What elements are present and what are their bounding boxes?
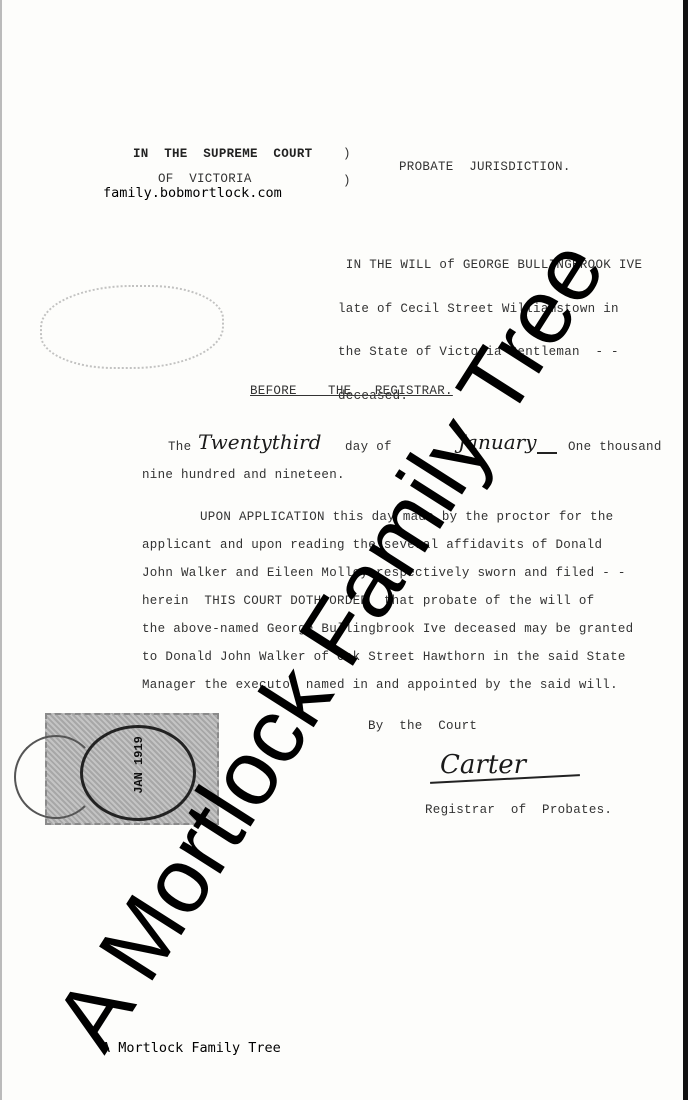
will-caption-line: late of Cecil Street Williamstown in xyxy=(338,302,642,317)
handwritten-day: Twentythird xyxy=(198,430,321,454)
registrar-title: Registrar of Probates. xyxy=(425,803,612,817)
site-url-watermark: family.bobmortlock.com xyxy=(103,185,282,201)
bracket-1: ) xyxy=(343,147,351,161)
by-the-court: By the Court xyxy=(368,719,477,733)
court-line-2: OF VICTORIA xyxy=(158,172,252,186)
date-line-2: nine hundred and nineteen. xyxy=(142,468,345,482)
body-line: the above-named George Bullingbrook Ive … xyxy=(142,622,633,636)
date-day-of: day of xyxy=(345,440,392,454)
probate-jurisdiction: PROBATE JURISDICTION. xyxy=(399,160,571,174)
footer-watermark: A Mortlock Family Tree xyxy=(102,1040,281,1056)
body-line: Manager the executor named in and appoin… xyxy=(142,678,618,692)
body-line: John Walker and Eileen Molloy respective… xyxy=(142,566,626,580)
will-caption-line: IN THE WILL of GEORGE BULLINGBROOK IVE xyxy=(338,258,642,273)
body-line: applicant and upon reading the several a… xyxy=(142,538,602,552)
embossed-seal-mark xyxy=(40,285,224,369)
page-right-edge xyxy=(683,0,688,1100)
date-the: The xyxy=(168,440,191,454)
body-line: to Donald John Walker of Oak Street Hawt… xyxy=(142,650,626,664)
stamp-date: JAN 1919 xyxy=(132,736,146,794)
handwritten-month: January xyxy=(458,430,537,454)
body-line: herein THIS COURT DOTH ORDER that probat… xyxy=(142,594,594,608)
bracket-2: ) xyxy=(343,174,351,188)
dash-mark xyxy=(537,452,557,454)
date-rest: One thousand xyxy=(568,440,662,454)
page-left-edge xyxy=(0,0,2,1100)
will-caption-line: the State of Victoria Gentleman - - xyxy=(338,345,642,360)
court-line-1: IN THE SUPREME COURT xyxy=(133,147,312,161)
registrar-signature: Carter xyxy=(440,750,526,780)
body-line: UPON APPLICATION this day made by the pr… xyxy=(200,510,613,524)
before-registrar-heading: BEFORE THE REGISTRAR. xyxy=(250,384,453,398)
